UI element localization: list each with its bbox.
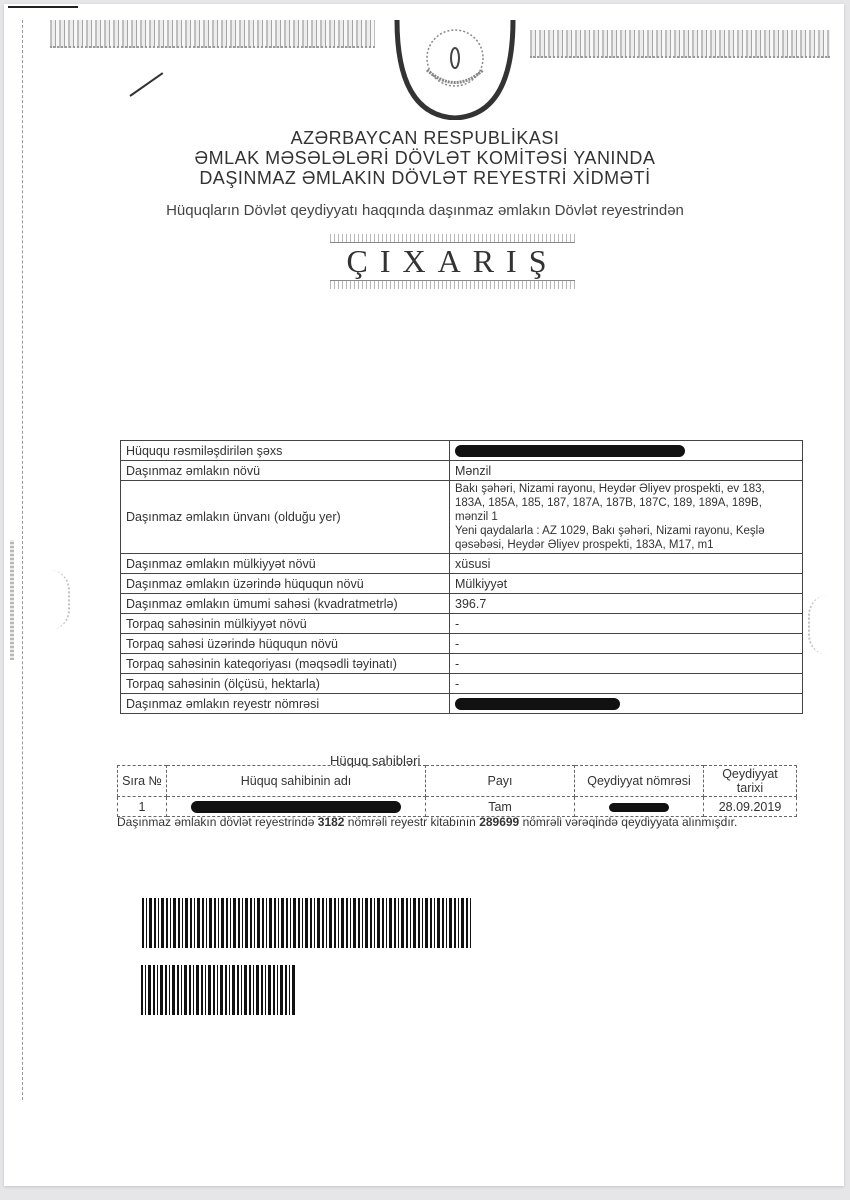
header-committee: ƏMLAK MƏSƏLƏLƏRİ DÖVLƏT KOMİTƏSİ YANINDA	[0, 148, 850, 169]
row-label: Daşınmaz əmlakın ümumi sahəsi (kvadratme…	[121, 594, 450, 614]
redacted-reg-number	[609, 803, 669, 812]
title-ornament-bottom	[330, 280, 575, 289]
note-text: nömrəli reyestr kitabının	[344, 815, 479, 829]
edge-stamp-right	[808, 595, 835, 655]
ornament-border-left	[50, 20, 375, 48]
registry-book-number: 3182	[318, 815, 345, 829]
edge-stamp-left	[38, 570, 70, 630]
scan-mark	[8, 6, 78, 8]
header-owner-name: Hüquq sahibinin adı	[167, 766, 426, 797]
header-reg-number: Qeydiyyat nömrəsi	[575, 766, 704, 797]
row-value: -	[450, 634, 803, 654]
row-value: -	[450, 674, 803, 694]
owner-reg-number	[575, 797, 704, 817]
note-text: Daşınmaz əmlakın dövlət reyestrində	[117, 815, 318, 829]
row-value: Mənzil	[450, 461, 803, 481]
table-row: Daşınmaz əmlakın növü Mənzil	[121, 461, 803, 481]
table-row: Daşınmaz əmlakın ümumi sahəsi (kvadratme…	[121, 594, 803, 614]
row-label: Daşınmaz əmlakın növü	[121, 461, 450, 481]
property-info-table: Hüququ rəsmiləşdirilən şəxs Daşınmaz əml…	[120, 440, 803, 714]
owners-table: Sıra № Hüquq sahibinin adı Payı Qeydiyya…	[117, 765, 797, 817]
address-new: Yeni qaydalarla : AZ 1029, Bakı şəhəri, …	[455, 524, 797, 552]
row-label: Hüququ rəsmiləşdirilən şəxs	[121, 441, 450, 461]
row-label: Daşınmaz əmlakın mülkiyyət növü	[121, 554, 450, 574]
registration-note: Daşınmaz əmlakın dövlət reyestrində 3182…	[117, 815, 807, 830]
owners-header-row: Sıra № Hüquq sahibinin adı Payı Qeydiyya…	[118, 766, 797, 797]
note-text: nömrəli vərəqində qeydiyyata alınmışdır.	[519, 815, 737, 829]
owner-name	[167, 797, 426, 817]
header-reg-date: Qeydiyyat tarixi	[704, 766, 797, 797]
barcode-secondary	[141, 965, 296, 1015]
owner-share: Tam	[426, 797, 575, 817]
table-row: Daşınmaz əmlakın ünvanı (olduğu yer) Bak…	[121, 481, 803, 554]
row-label: Torpaq sahəsinin (ölçüsü, hektarla)	[121, 674, 450, 694]
row-label: Torpaq sahəsinin kateqoriyası (məqsədli …	[121, 654, 450, 674]
header-service: DAŞINMAZ ƏMLAKIN DÖVLƏT REYESTRİ XİDMƏTİ	[0, 168, 850, 189]
address-old: Bakı şəhəri, Nizami rayonu, Heydər Əliye…	[455, 482, 797, 524]
table-row: Daşınmaz əmlakın mülkiyyət növü xüsusi	[121, 554, 803, 574]
barcode-primary	[142, 898, 472, 948]
table-row: Torpaq sahəsinin (ölçüsü, hektarla) -	[121, 674, 803, 694]
row-value: Bakı şəhəri, Nizami rayonu, Heydər Əliye…	[450, 481, 803, 554]
state-emblem-icon	[385, 20, 525, 120]
table-row: Torpaq sahəsi üzərində hüququn növü -	[121, 634, 803, 654]
row-value: -	[450, 614, 803, 634]
row-label: Torpaq sahəsi üzərində hüququn növü	[121, 634, 450, 654]
row-label: Daşınmaz əmlakın üzərində hüququn növü	[121, 574, 450, 594]
table-row: Hüququ rəsmiləşdirilən şəxs	[121, 441, 803, 461]
owner-reg-date: 28.09.2019	[704, 797, 797, 817]
header-country: AZƏRBAYCAN RESPUBLİKASI	[0, 128, 850, 149]
registry-page-number: 289699	[479, 815, 519, 829]
row-value	[450, 694, 803, 714]
header-index: Sıra №	[118, 766, 167, 797]
redacted-owner-name	[191, 801, 401, 813]
row-value: -	[450, 654, 803, 674]
redacted-registry-number	[455, 698, 620, 710]
header-share: Payı	[426, 766, 575, 797]
row-value: 396.7	[450, 594, 803, 614]
edge-strip	[10, 540, 14, 660]
document-title-block: ÇIXARIŞ	[330, 230, 575, 292]
row-value: Mülkiyyət	[450, 574, 803, 594]
owner-index: 1	[118, 797, 167, 817]
row-value: xüsusi	[450, 554, 803, 574]
row-label: Torpaq sahəsinin mülkiyyət növü	[121, 614, 450, 634]
row-label: Daşınmaz əmlakın ünvanı (olduğu yer)	[121, 481, 450, 554]
row-label: Daşınmaz əmlakın reyestr nömrəsi	[121, 694, 450, 714]
redacted-person	[455, 445, 685, 457]
table-row: Torpaq sahəsinin mülkiyyət növü -	[121, 614, 803, 634]
ornament-border-right	[530, 30, 830, 58]
title-ornament-top	[330, 234, 575, 243]
document-title: ÇIXARIŞ	[330, 243, 575, 280]
table-row: Daşınmaz əmlakın reyestr nömrəsi	[121, 694, 803, 714]
table-row: Daşınmaz əmlakın üzərində hüququn növü M…	[121, 574, 803, 594]
owners-row: 1 Tam 28.09.2019	[118, 797, 797, 817]
row-value	[450, 441, 803, 461]
header-subtitle: Hüquqların Dövlət qeydiyyatı haqqında da…	[0, 202, 850, 219]
table-row: Torpaq sahəsinin kateqoriyası (məqsədli …	[121, 654, 803, 674]
